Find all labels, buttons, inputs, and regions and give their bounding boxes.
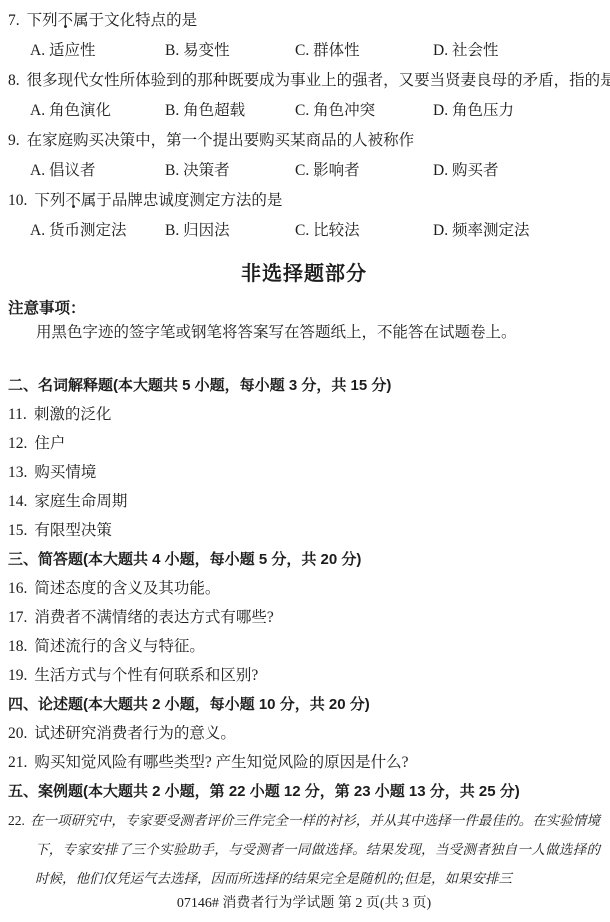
notice-title: 注意事项：	[8, 297, 600, 321]
essay-item-21: 21.购买知觉风险有哪些类型? 产生知觉风险的原因是什么?	[8, 748, 600, 777]
emphasized-char: 不	[65, 192, 81, 209]
question-10-stem: 10.下列不属于品牌忠诚度测定方法的是	[8, 186, 600, 216]
question-number: 9.	[8, 132, 20, 149]
option-c: C. 比较法	[295, 216, 433, 246]
item-text: 有限型决策	[34, 522, 112, 539]
item-text: 购买知觉风险有哪些类型? 产生知觉风险的原因是什么?	[34, 754, 408, 771]
term-item-13: 13.购买情境	[8, 458, 600, 487]
item-text: 简述流行的含义与特征。	[34, 638, 205, 655]
question-7: 7.下列不属于文化特点的是 A. 适应性 B. 易变性 C. 群体性 D. 社会…	[8, 6, 600, 66]
stem-text: 很多现代女性所体验到的那种既要成为事业上的强者，又要当贤妻良母的矛盾，指的是	[27, 72, 610, 89]
option-b: B. 角色超载	[165, 96, 295, 126]
option-d: D. 购买者	[433, 156, 600, 186]
item-text: 试述研究消费者行为的意义。	[34, 725, 236, 742]
option-c: C. 群体性	[295, 36, 433, 66]
question-10-options: A. 货币测定法 B. 归因法 C. 比较法 D. 频率测定法	[8, 216, 600, 246]
question-8-options: A. 角色演化 B. 角色超载 C. 角色冲突 D. 角色压力	[8, 96, 600, 126]
option-a: A. 角色演化	[30, 96, 165, 126]
option-b: B. 归因法	[165, 216, 295, 246]
question-number: 13.	[8, 464, 27, 481]
case-item-22: 22.在一项研究中，专家要受测者评价三件完全一样的衬衫，并从其中选择一件最佳的。…	[8, 806, 600, 893]
term-item-11: 11.刺激的泛化	[8, 400, 600, 429]
exam-paper-page: 7.下列不属于文化特点的是 A. 适应性 B. 易变性 C. 群体性 D. 社会…	[0, 0, 610, 922]
question-number: 19.	[8, 667, 27, 684]
case-text: 在一项研究中，专家要受测者评价三件完全一样的衬衫，并从其中选择一件最佳的。在实验…	[30, 813, 600, 886]
item-text: 刺激的泛化	[34, 406, 112, 423]
question-number: 10.	[8, 192, 27, 209]
question-number: 17.	[8, 609, 27, 626]
section-heading-3: 三、简答题(本大题共 4 小题，每小题 5 分，共 20 分)	[8, 545, 600, 574]
item-text: 家庭生命周期	[34, 493, 127, 510]
question-8-stem: 8.很多现代女性所体验到的那种既要成为事业上的强者，又要当贤妻良母的矛盾，指的是	[8, 66, 600, 96]
page-footer: 07146# 消费者行为学试题 第 2 页(共 3 页)	[8, 893, 600, 915]
option-d: D. 角色压力	[433, 96, 600, 126]
section-heading-2: 二、名词解释题(本大题共 5 小题，每小题 3 分，共 15 分)	[8, 371, 600, 400]
section-heading-5: 五、案例题(本大题共 2 小题，第 22 小题 12 分，第 23 小题 13 …	[8, 777, 600, 806]
term-item-12: 12.住户	[8, 429, 600, 458]
question-9-options: A. 倡议者 B. 决策者 C. 影响者 D. 购买者	[8, 156, 600, 186]
stem-text: 属于文化特点的是	[73, 12, 197, 29]
option-c: C. 角色冲突	[295, 96, 433, 126]
notice-body: 用黑色字迹的签字笔或钢笔将答案写在答题纸上，不能答在试题卷上。	[8, 321, 600, 345]
question-number: 11.	[8, 406, 27, 423]
term-item-15: 15.有限型决策	[8, 516, 600, 545]
question-number: 21.	[8, 754, 27, 771]
item-text: 住户	[34, 435, 65, 452]
question-7-options: A. 适应性 B. 易变性 C. 群体性 D. 社会性	[8, 36, 600, 66]
short-answer-item-17: 17.消费者不满情绪的表达方式有哪些?	[8, 603, 600, 632]
stem-text: 在家庭购买决策中，第一个提出要购买某商品的人被称作	[27, 132, 415, 149]
option-b: B. 易变性	[165, 36, 295, 66]
item-text: 购买情境	[34, 464, 96, 481]
part-heading: 非选择题部分	[8, 259, 600, 289]
question-number: 22.	[8, 813, 25, 828]
item-text: 消费者不满情绪的表达方式有哪些?	[34, 609, 273, 626]
item-text: 简述态度的含义及其功能。	[34, 580, 220, 597]
stem-text: 下列	[34, 192, 65, 209]
question-8: 8.很多现代女性所体验到的那种既要成为事业上的强者，又要当贤妻良母的矛盾，指的是…	[8, 66, 600, 126]
option-b: B. 决策者	[165, 156, 295, 186]
question-9-stem: 9.在家庭购买决策中，第一个提出要购买某商品的人被称作	[8, 126, 600, 156]
emphasized-char: 不	[58, 12, 74, 29]
option-c: C. 影响者	[295, 156, 433, 186]
question-number: 15.	[8, 522, 27, 539]
question-number: 7.	[8, 12, 20, 29]
question-number: 14.	[8, 493, 27, 510]
option-a: A. 货币测定法	[30, 216, 165, 246]
stem-text: 下列	[27, 12, 58, 29]
section-heading-4: 四、论述题(本大题共 2 小题，每小题 10 分，共 20 分)	[8, 690, 600, 719]
question-7-stem: 7.下列不属于文化特点的是	[8, 6, 600, 36]
option-d: D. 社会性	[433, 36, 600, 66]
question-number: 8.	[8, 72, 20, 89]
term-item-14: 14.家庭生命周期	[8, 487, 600, 516]
question-number: 20.	[8, 725, 27, 742]
question-number: 16.	[8, 580, 27, 597]
option-a: A. 适应性	[30, 36, 165, 66]
question-9: 9.在家庭购买决策中，第一个提出要购买某商品的人被称作 A. 倡议者 B. 决策…	[8, 126, 600, 186]
essay-item-20: 20.试述研究消费者行为的意义。	[8, 719, 600, 748]
short-answer-item-18: 18.简述流行的含义与特征。	[8, 632, 600, 661]
question-number: 18.	[8, 638, 27, 655]
question-10: 10.下列不属于品牌忠诚度测定方法的是 A. 货币测定法 B. 归因法 C. 比…	[8, 186, 600, 246]
question-number: 12.	[8, 435, 27, 452]
item-text: 生活方式与个性有何联系和区别?	[34, 667, 258, 684]
stem-text: 属于品牌忠诚度测定方法的是	[81, 192, 283, 209]
option-d: D. 频率测定法	[433, 216, 600, 246]
option-a: A. 倡议者	[30, 156, 165, 186]
short-answer-item-16: 16.简述态度的含义及其功能。	[8, 574, 600, 603]
short-answer-item-19: 19.生活方式与个性有何联系和区别?	[8, 661, 600, 690]
